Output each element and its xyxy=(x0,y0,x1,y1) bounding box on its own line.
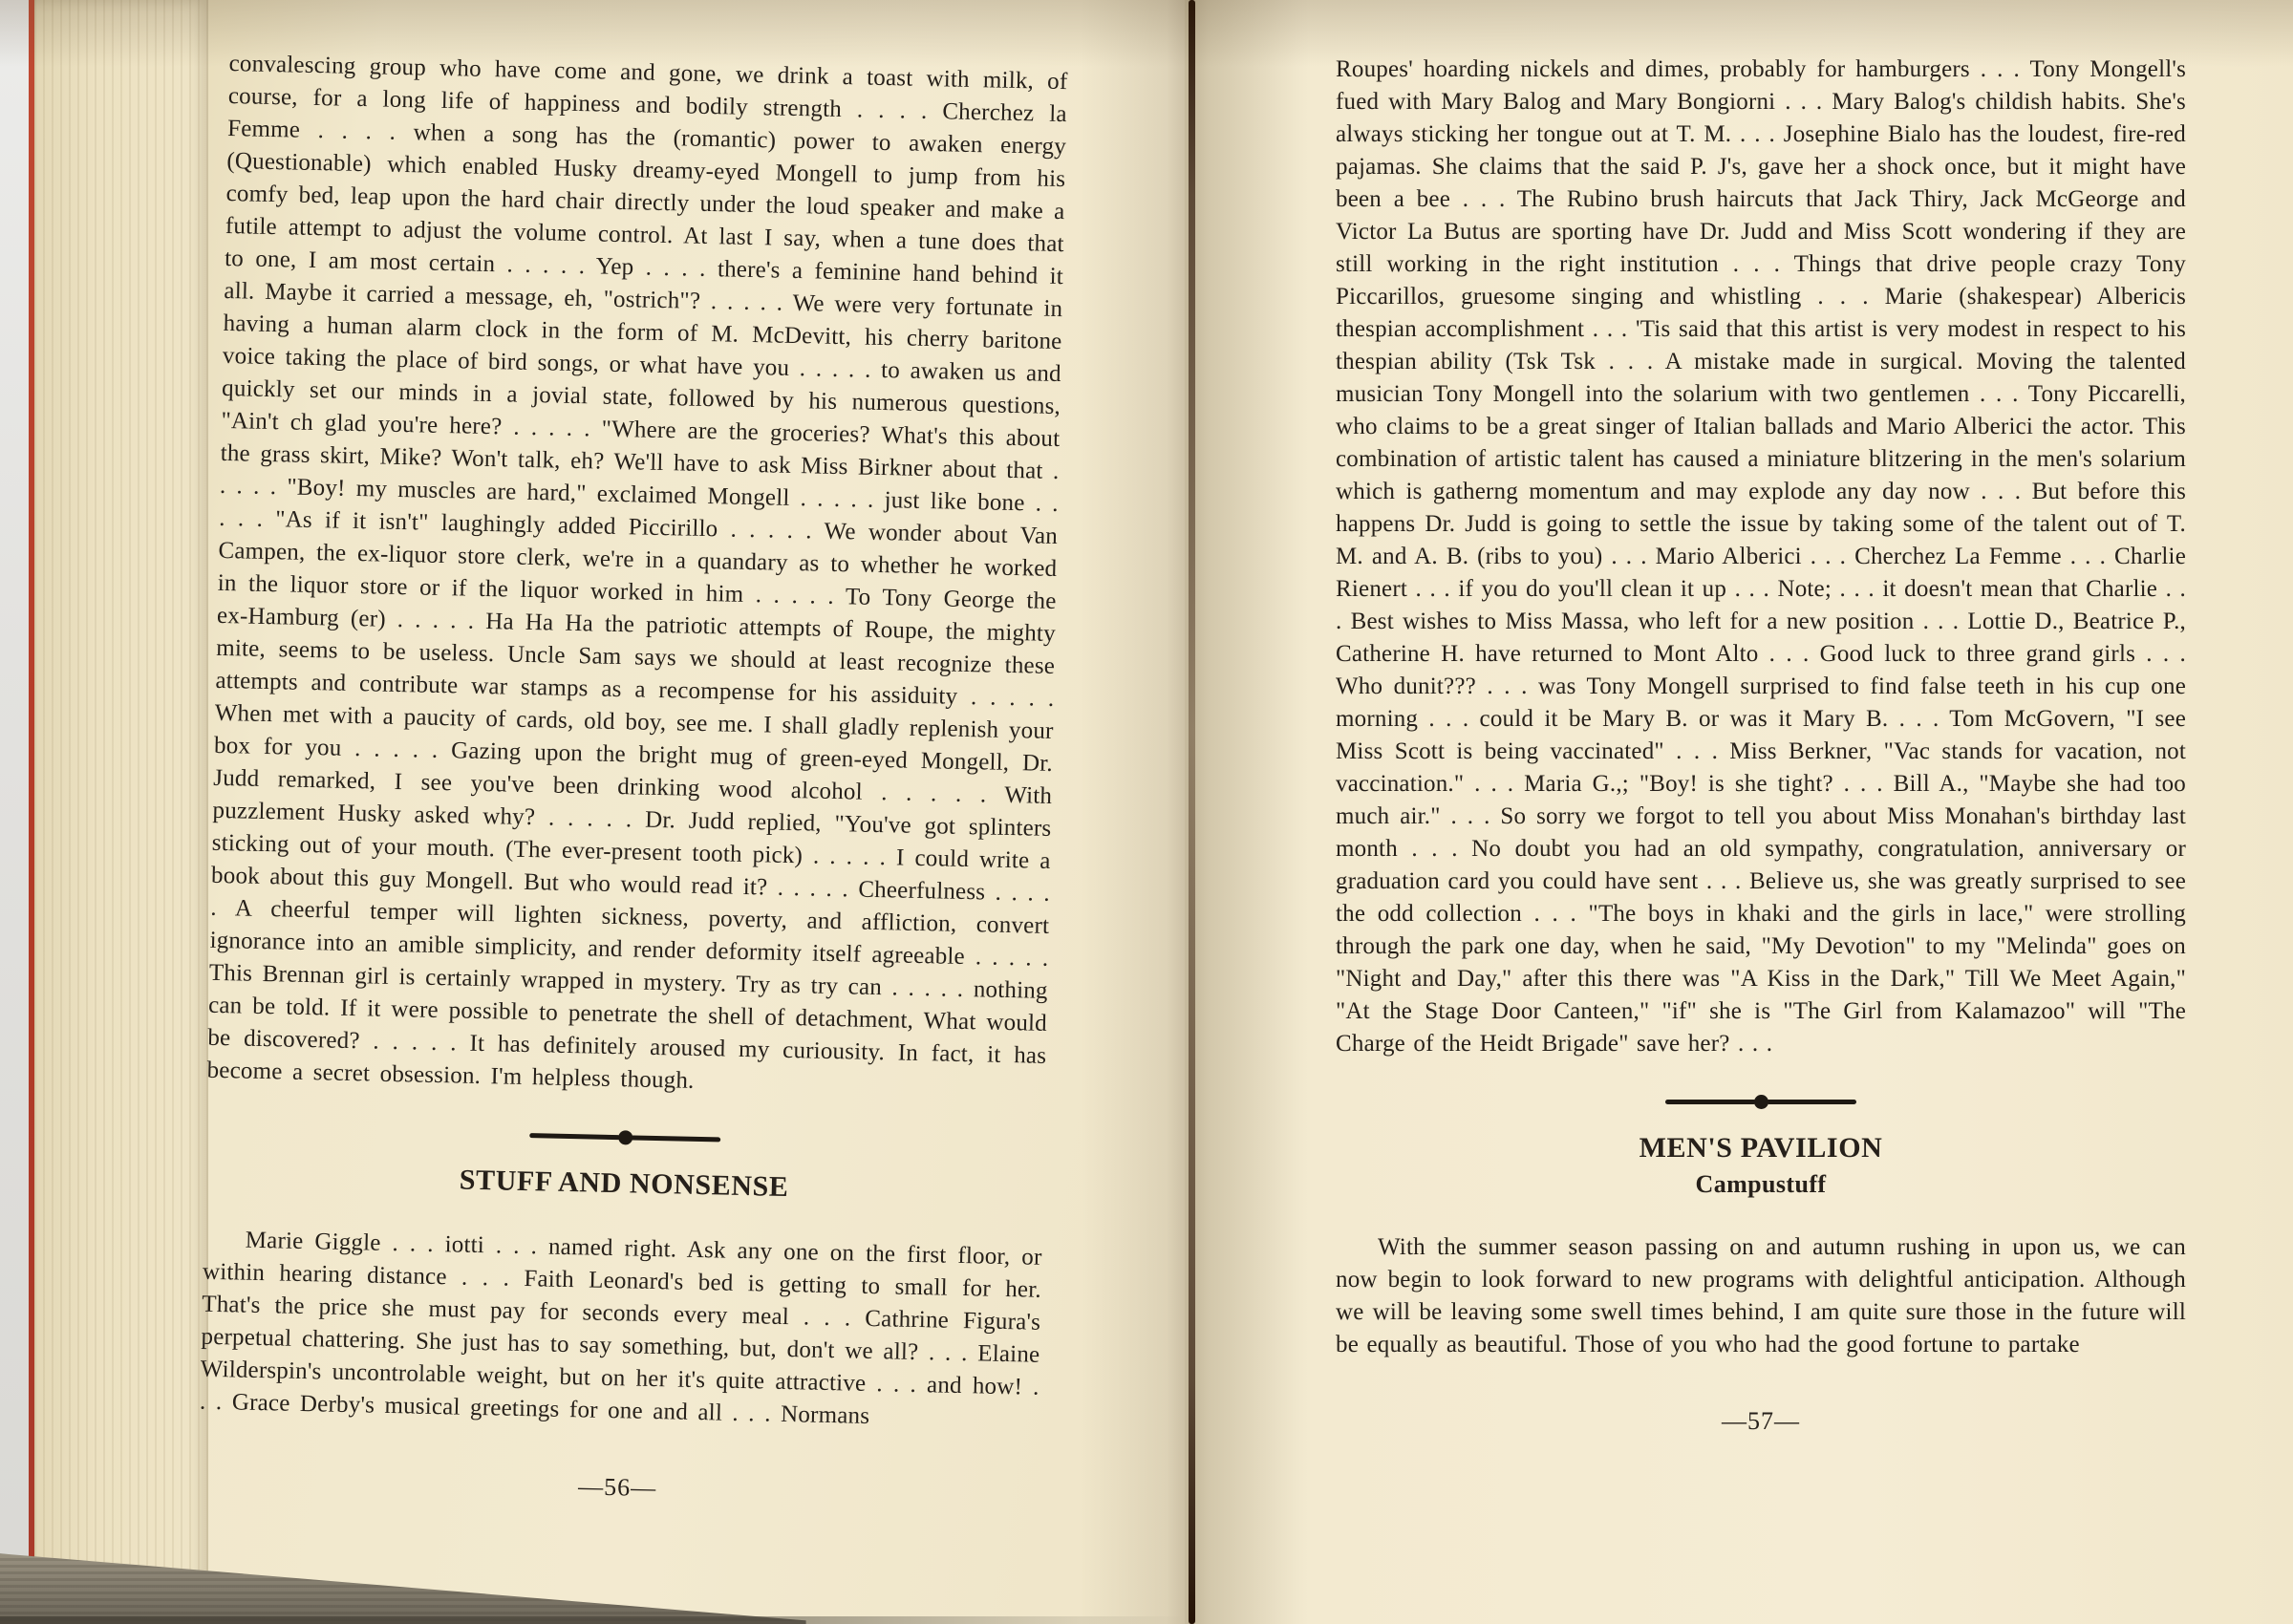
divider-line-right xyxy=(1767,1100,1857,1104)
scan-bottom-edge-line xyxy=(0,1616,1185,1624)
left-body-paragraph: convalescing group who have come and gon… xyxy=(206,48,1068,1105)
section-divider xyxy=(529,1128,720,1146)
right-page-number: —57— xyxy=(1336,1407,2186,1436)
right-section-paragraph: With the summer season passing on and au… xyxy=(1336,1231,2186,1361)
divider-line-left xyxy=(529,1133,620,1140)
right-page-content: Roupes' hoarding nickels and dimes, prob… xyxy=(1336,53,2186,1436)
left-section-paragraph: Marie Giggle . . . iotti . . . named rig… xyxy=(200,1224,1042,1437)
divider-line-left xyxy=(1665,1100,1756,1104)
book-scan: convalescing group who have come and gon… xyxy=(0,0,2293,1624)
right-body-paragraph: Roupes' hoarding nickels and dimes, prob… xyxy=(1336,53,2186,1060)
left-page-content: convalescing group who have come and gon… xyxy=(198,48,1068,1511)
right-section-subheading: Campustuff xyxy=(1336,1170,2186,1199)
left-section-heading: STUFF AND NONSENSE xyxy=(204,1159,1044,1209)
section-divider xyxy=(1665,1095,1856,1109)
page-fore-edges xyxy=(34,0,208,1624)
divider-line-right xyxy=(631,1135,721,1142)
scanner-background-strip xyxy=(0,0,29,1624)
right-section-heading: MEN'S PAVILION xyxy=(1336,1132,2186,1165)
